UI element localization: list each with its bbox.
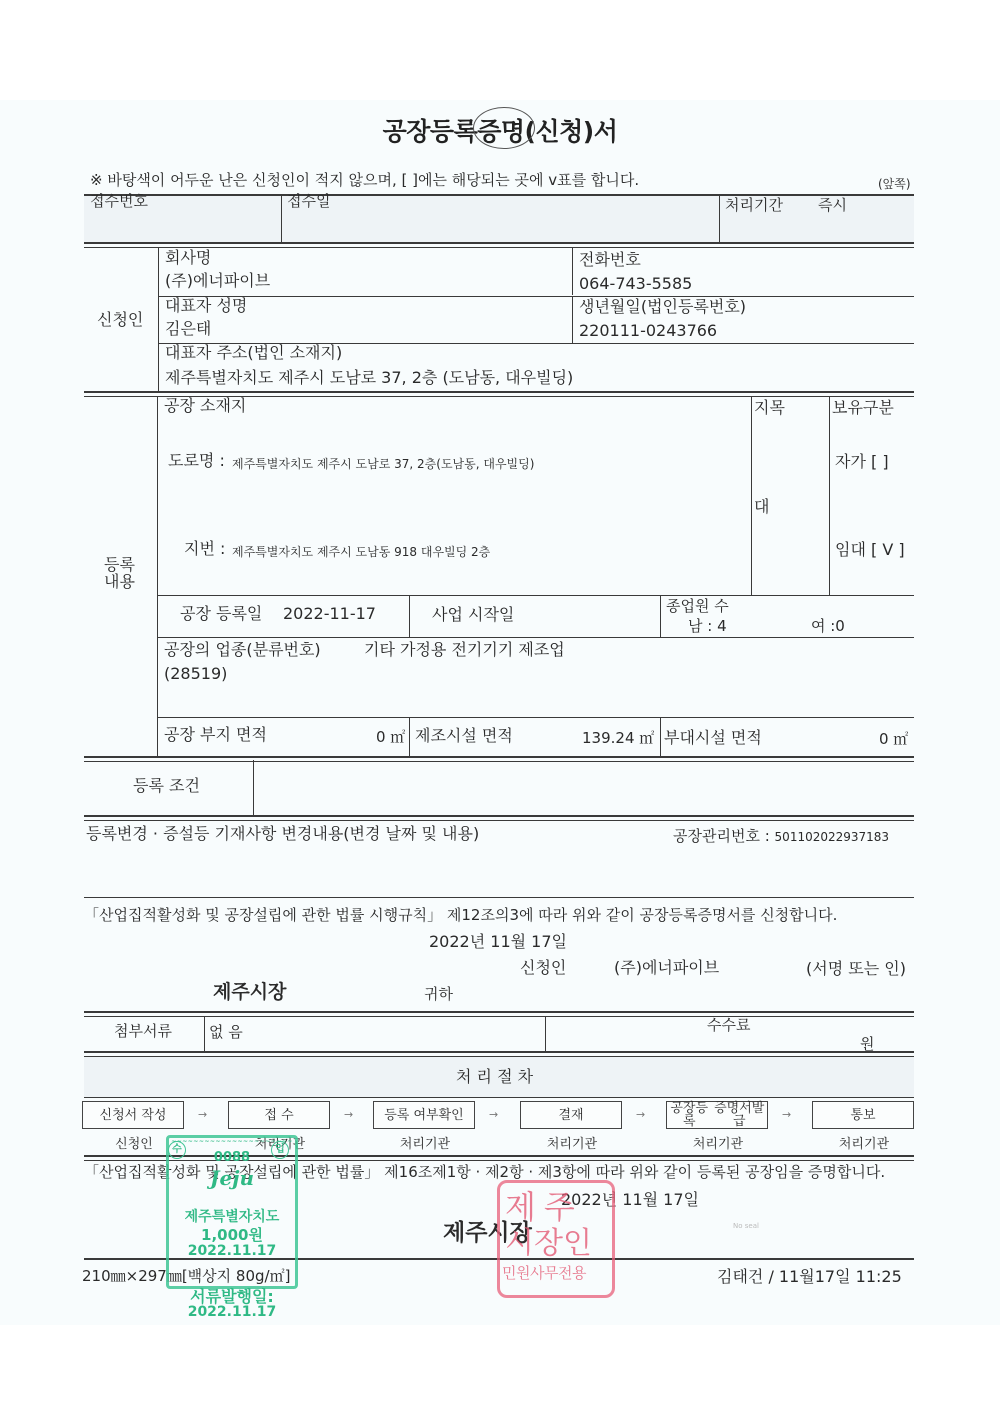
site-area-value[interactable]: 0 ㎡ [376, 728, 405, 746]
procedure-step-actor: 처리기관 [370, 1133, 480, 1152]
procedure-title: 처 리 절 차 [456, 1068, 533, 1086]
arrow-right-icon: → [198, 1108, 207, 1121]
signature-label[interactable]: (서명 또는 인) [806, 960, 906, 978]
official-seal-line3: 민원사무전용 [502, 1262, 586, 1283]
biz-start-label: 사업 시작일 [432, 606, 514, 624]
receipt-row-shade [84, 196, 914, 242]
representative-value[interactable]: 김은태 [165, 320, 211, 338]
issued-by: 김태건 / 11월17일 11:25 [717, 1268, 902, 1286]
changes-label: 등록변경 · 증설등 기재사항 변경내용(변경 날짜 및 내용) [86, 825, 479, 843]
revenue-stamp-region: 제주특별자치도 [166, 1206, 298, 1226]
birth-label: 생년월일(법인등록번호) [579, 298, 746, 316]
mfg-area-value[interactable]: 139.24 ㎡ [582, 729, 654, 747]
road-address-value[interactable]: 제주특별자치도 제주시 도남로 37, 2층(도남동, 대우빌딩) [232, 455, 534, 473]
declaration-text: 「산업집적활성화 및 공장설립에 관한 법률 시행규칙」 제12조의3에 따라 … [84, 906, 837, 924]
official-seal-line2: 시장인 [505, 1218, 592, 1262]
industry-value[interactable]: 기타 가정용 전기기기 제조업 [364, 641, 565, 659]
arrow-right-icon: → [636, 1108, 645, 1121]
faint-note: No seal [733, 1217, 759, 1235]
ownership-lease-checkbox[interactable]: [ V ] [871, 540, 905, 559]
fee-label: 수수료 [707, 1016, 750, 1034]
lot-address-label: 지번 : [184, 540, 225, 558]
procedure-step-box: 통보 [812, 1101, 914, 1129]
employees-female[interactable]: 여 :0 [811, 617, 845, 635]
employees-label: 종업원 수 [666, 597, 729, 615]
reg-date-label: 공장 등록일 [180, 605, 262, 623]
attachments-value[interactable]: 없 음 [209, 1023, 243, 1041]
ownership-own-checkbox[interactable]: [ ] [871, 452, 889, 471]
birth-value[interactable]: 220111-0243766 [579, 322, 717, 340]
mfg-area-label: 제조시설 면적 [415, 727, 513, 745]
recipient: 제주시장 [213, 983, 286, 1001]
procedure-step-box: 접 수 [228, 1101, 330, 1129]
ownership-option-own[interactable]: 자가 [ ] [835, 453, 889, 471]
land-category-label: 지목 [754, 399, 785, 417]
receipt-number-label: 접수번호 [90, 192, 148, 210]
employees-male[interactable]: 남 : 4 [688, 617, 727, 635]
applicant-section-label: 신청인 [97, 311, 143, 329]
revenue-stamp-date: 2022.11.17 [166, 1243, 298, 1259]
conditions-label: 등록 조건 [133, 777, 200, 795]
location-label: 공장 소재지 [164, 397, 246, 415]
procedure-step-box: 결재 [520, 1101, 622, 1129]
procedure-step-box: 공장등록증명서발급 [666, 1101, 768, 1129]
procedure-step-box: 등록 여부확인 [373, 1101, 475, 1129]
industry-code[interactable]: (28519) [164, 665, 227, 683]
procedure-step-actor: 처리기관 [663, 1133, 773, 1152]
revenue-stamp-serial: 0088 [166, 1150, 298, 1165]
title-circle-mark [473, 107, 535, 149]
arrow-right-icon: → [782, 1108, 791, 1121]
revenue-stamp-amount: 1,000원 [166, 1224, 298, 1245]
arrow-right-icon: → [489, 1108, 498, 1121]
factory-mgmt-no: 공장관리번호 : 501102022937183 [673, 827, 889, 846]
declaration-applicant-label: 신청인 [520, 959, 566, 977]
phone-value[interactable]: 064-743-5585 [579, 275, 692, 293]
recipient-suffix: 귀하 [424, 985, 453, 1003]
address-label: 대표자 주소(법인 소재지) [165, 344, 342, 362]
company-name-value[interactable]: (주)에너파이브 [165, 272, 270, 290]
ownership-option-lease[interactable]: 임대 [ V ] [835, 541, 905, 559]
declaration-applicant-name: (주)에너파이브 [614, 959, 719, 977]
aux-area-value[interactable]: 0 ㎡ [879, 730, 908, 748]
processing-period-value: 즉시 [818, 196, 847, 214]
arrow-right-icon: → [344, 1108, 353, 1121]
company-name-label: 회사명 [165, 249, 211, 267]
registration-section-label: 등록내용 [104, 556, 135, 590]
procedure-step-actor: 처리기관 [809, 1133, 919, 1152]
phone-label: 전화번호 [579, 251, 641, 269]
processing-period-label: 처리기간 [725, 196, 783, 214]
declaration-date: 2022년 11월 17일 [429, 933, 567, 951]
road-address-label: 도로명 : [168, 452, 225, 470]
issue-date-value: 2022.11.17 [156, 1304, 308, 1320]
aux-area-label: 부대시설 면적 [664, 729, 762, 747]
lot-address-value[interactable]: 제주특별자치도 제주시 도남동 918 대우빌딩 2층 [232, 543, 490, 561]
page-side-label: (앞쪽) [878, 175, 911, 193]
receipt-date-label: 접수일 [287, 192, 330, 210]
address-value[interactable]: 제주특별자치도 제주시 도남로 37, 2층 (도남동, 대우빌딩) [165, 369, 573, 387]
ownership-label: 보유구분 [832, 399, 894, 417]
reg-date-value[interactable]: 2022-11-17 [283, 605, 376, 623]
representative-label: 대표자 성명 [165, 297, 247, 315]
site-area-label: 공장 부지 면적 [164, 726, 267, 744]
procedure-step-box: 신청서 작성 [82, 1101, 184, 1129]
land-category-value[interactable]: 대 [754, 498, 769, 516]
form-notice: ※ 바탕색이 어두운 난은 신청인이 적지 않으며, [ ]에는 해당되는 곳에… [90, 171, 639, 189]
attachments-label: 첨부서류 [114, 1022, 172, 1040]
revenue-stamp-logo: Jeju [166, 1166, 298, 1190]
industry-label: 공장의 업종(분류번호) [164, 641, 321, 659]
procedure-step-actor: 처리기관 [517, 1133, 627, 1152]
